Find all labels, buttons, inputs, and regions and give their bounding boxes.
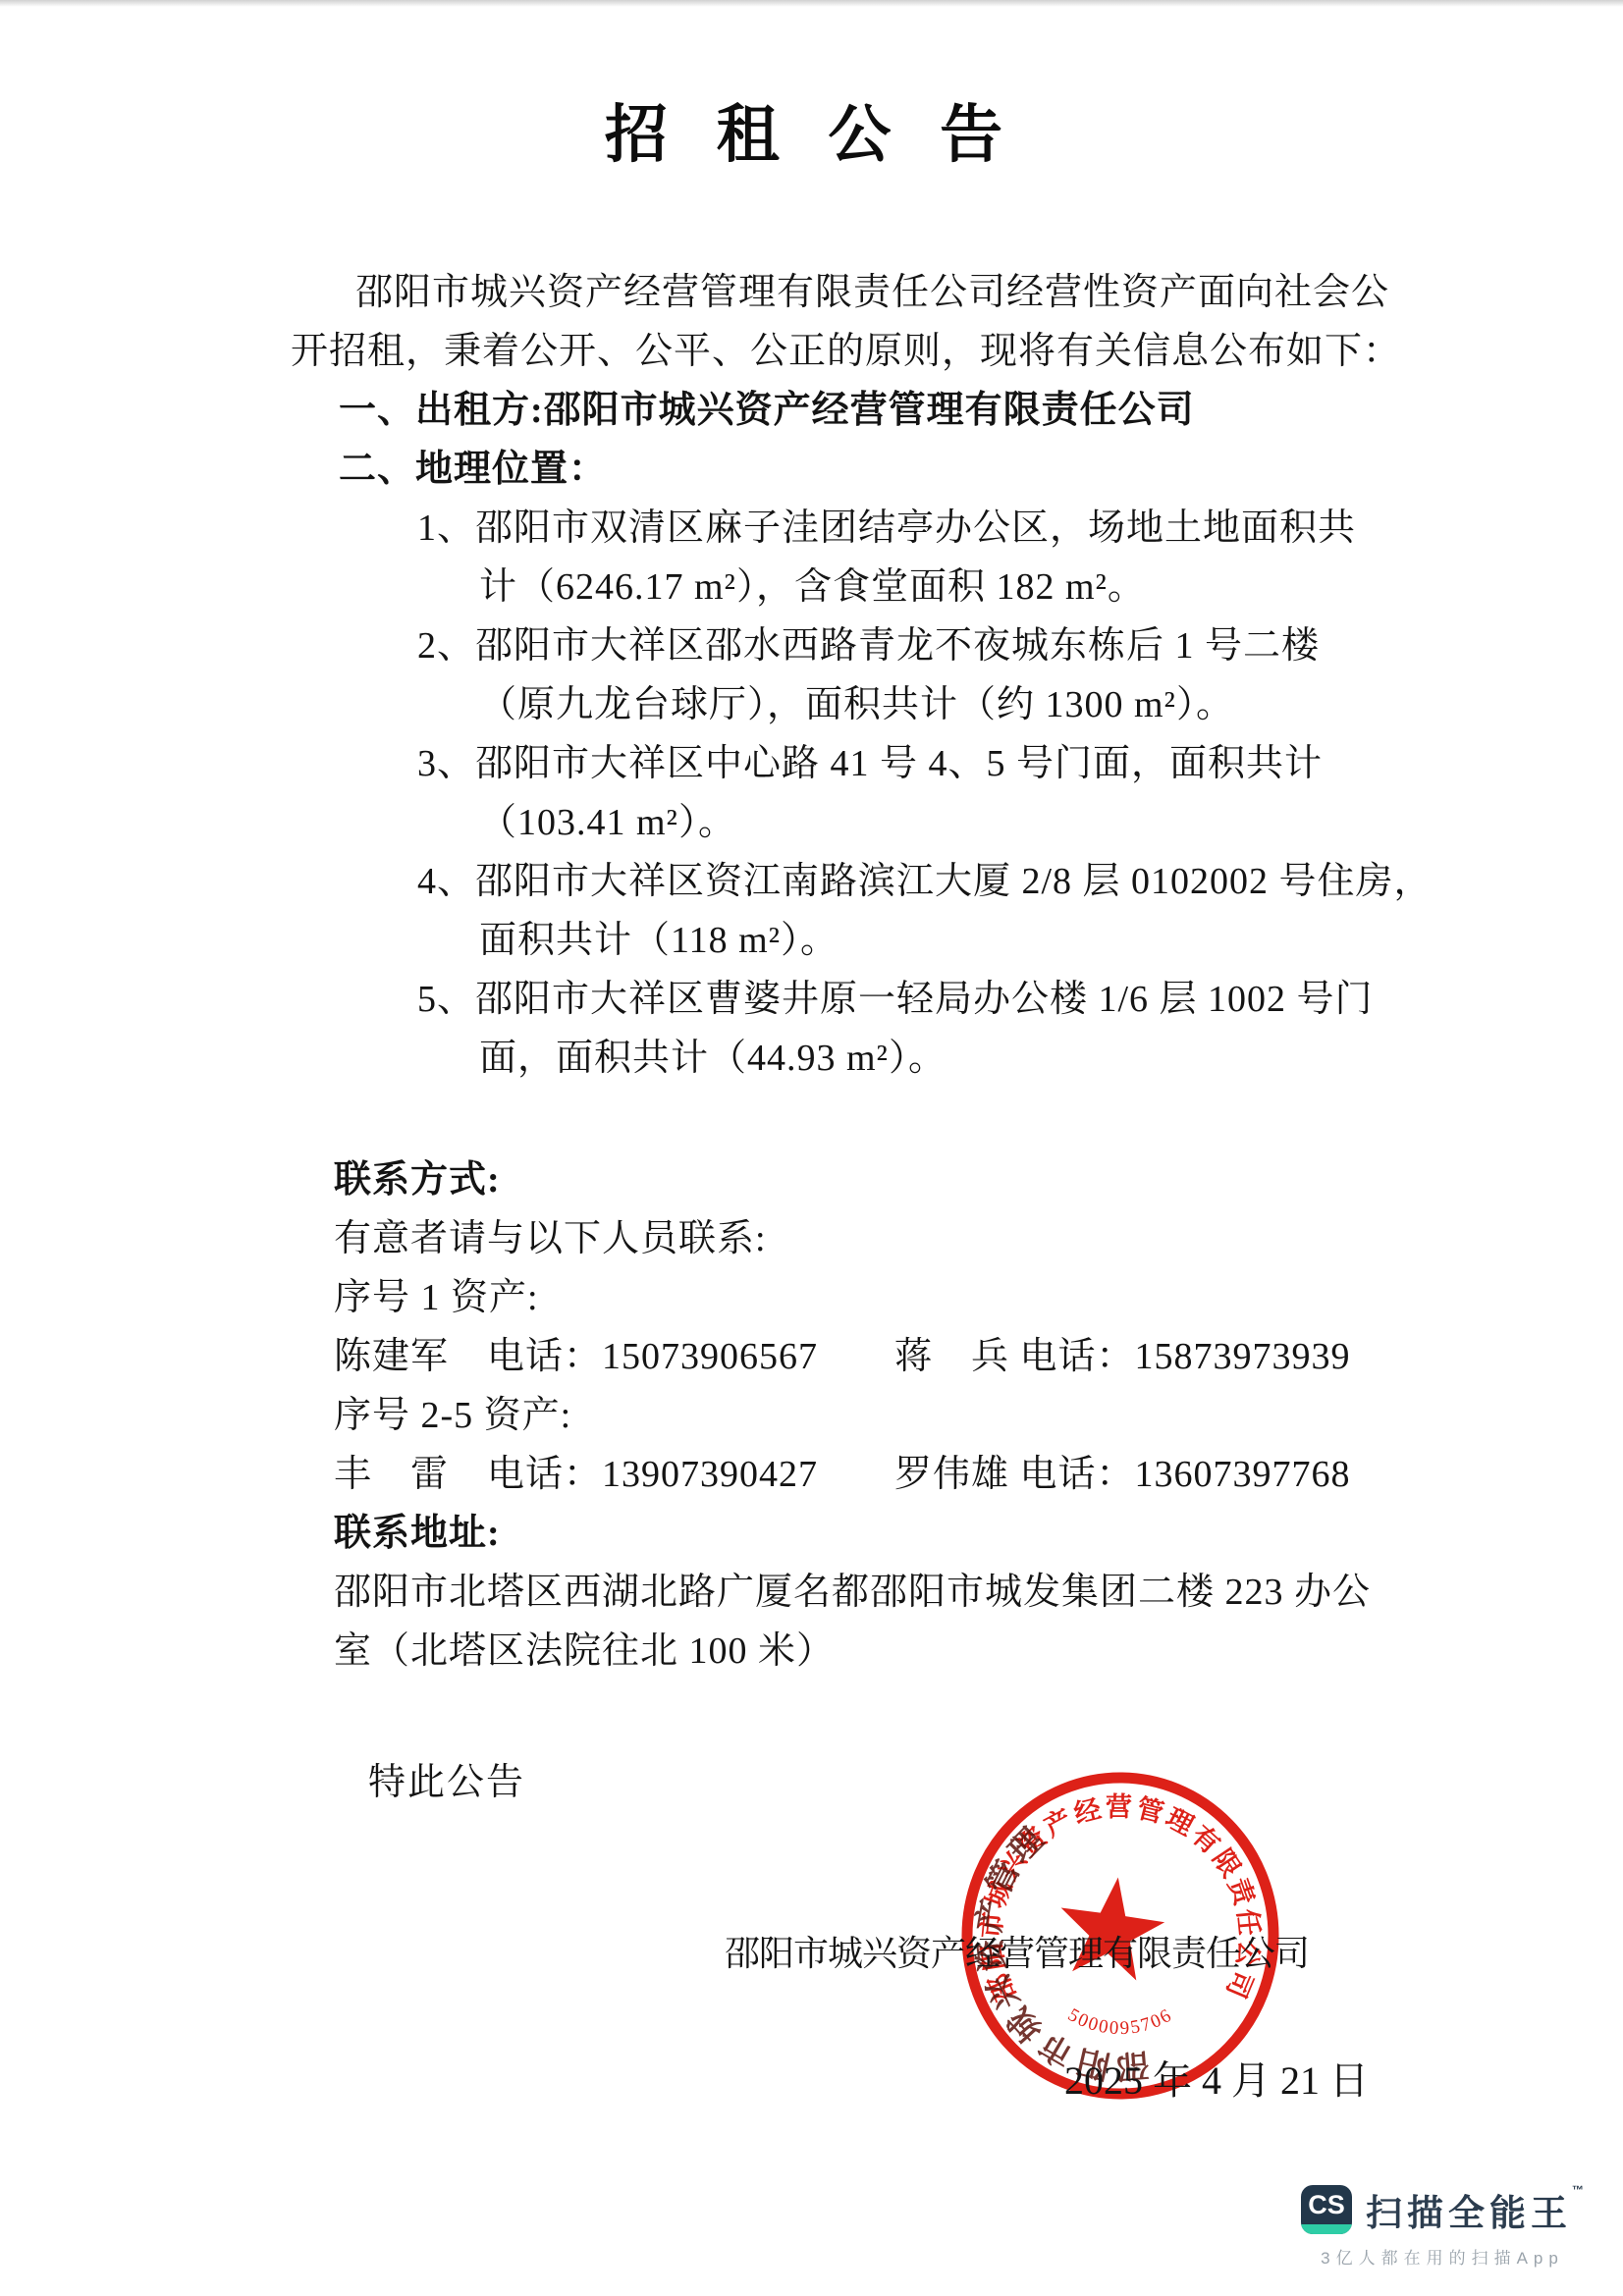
camscanner-logo-letters: CS (1308, 2185, 1345, 2224)
seal-serial-number: 5000095706 (1064, 2004, 1176, 2039)
body-line: 开招租，秉着公开、公平、公正的原则，现将有关信息公布如下： (291, 322, 1400, 381)
scan-edge-shadow (0, 0, 1623, 7)
camscanner-app-name-text: 扫描全能王 (1366, 2193, 1572, 2233)
page-title: 招 租 公 告 (0, 84, 1623, 175)
camscanner-watermark: CS 扫描全能王™ 3亿人都在用的扫描App (1301, 2183, 1584, 2269)
asset-item-3-cont: （103.41 m²）。 (291, 793, 1400, 852)
address-line: 邵阳市北塔区西湖北路广厦名都邵阳市城发集团二楼 223 办公 (334, 1563, 1404, 1622)
signature-company-name: 邵阳市城兴资产经营管理有限责任公司 (725, 1926, 1309, 1976)
asset-item-2: 2、邵阳市大祥区邵水西路青龙不夜城东栋后 1 号二楼 (291, 616, 1400, 675)
signature-date: 2025 年 4 月 21 日 (1064, 2050, 1369, 2106)
body-line: 邵阳市城兴资产经营管理有限责任公司经营性资产面向社会公 (291, 263, 1400, 322)
contact-asset2-5-phones: 丰 雷 电话：13907390427 罗伟雄 电话：13607397768 (334, 1445, 1404, 1504)
contact-asset1-label: 序号 1 资产: (334, 1268, 1404, 1327)
camscanner-tagline: 3亿人都在用的扫描App (1301, 2244, 1584, 2269)
asset-item-4: 4、邵阳市大祥区资江南路滨江大厦 2/8 层 0102002 号住房， (291, 852, 1400, 911)
asset-item-2-cont: （原九龙台球厅），面积共计（约 1300 m²）。 (291, 675, 1400, 734)
address-line-cont: 室（北塔区法院往北 100 米） (334, 1622, 1404, 1681)
contact-intro: 有意者请与以下人员联系: (334, 1209, 1404, 1268)
asset-item-1-cont: 计（6246.17 m²），含食堂面积 182 m²。 (291, 558, 1400, 616)
announcement-body: 邵阳市城兴资产经营管理有限责任公司经营性资产面向社会公 开招租，秉着公开、公平、… (291, 263, 1400, 1088)
contact-asset2-5-label: 序号 2-5 资产: (334, 1386, 1404, 1445)
closing-statement: 特此公告 (368, 1751, 525, 1805)
camscanner-logo-icon: CS (1301, 2185, 1352, 2234)
scanned-document-page: 招 租 公 告 邵阳市城兴资产经营管理有限责任公司经营性资产面向社会公 开招租，… (0, 0, 1623, 2296)
asset-item-5-cont: 面，面积共计（44.93 m²）。 (291, 1029, 1400, 1088)
contact-asset1-phones: 陈建军 电话：15073906567 蒋 兵 电话：15873973939 (334, 1327, 1404, 1386)
asset-item-5: 5、邵阳市大祥区曹婆井原一轻局办公楼 1/6 层 1002 号门 (291, 970, 1400, 1029)
asset-item-3: 3、邵阳市大祥区中心路 41 号 4、5 号门面，面积共计 (291, 734, 1400, 793)
trademark-symbol: ™ (1572, 2183, 1584, 2197)
lessor-heading: 一、出租方:邵阳市城兴资产经营管理有限责任公司 (291, 381, 1400, 440)
contact-section: 联系方式: 有意者请与以下人员联系: 序号 1 资产: 陈建军 电话：15073… (334, 1150, 1404, 1681)
address-heading: 联系地址: (334, 1504, 1404, 1563)
location-heading: 二、地理位置： (291, 440, 1400, 499)
camscanner-app-name: 扫描全能王™ (1366, 2183, 1584, 2236)
camscanner-logo-bar (1301, 2224, 1352, 2234)
asset-item-1: 1、邵阳市双清区麻子洼团结亭办公区，场地土地面积共 (291, 499, 1400, 558)
asset-item-4-cont: 面积共计（118 m²）。 (291, 911, 1400, 970)
contact-heading: 联系方式: (334, 1150, 1404, 1209)
